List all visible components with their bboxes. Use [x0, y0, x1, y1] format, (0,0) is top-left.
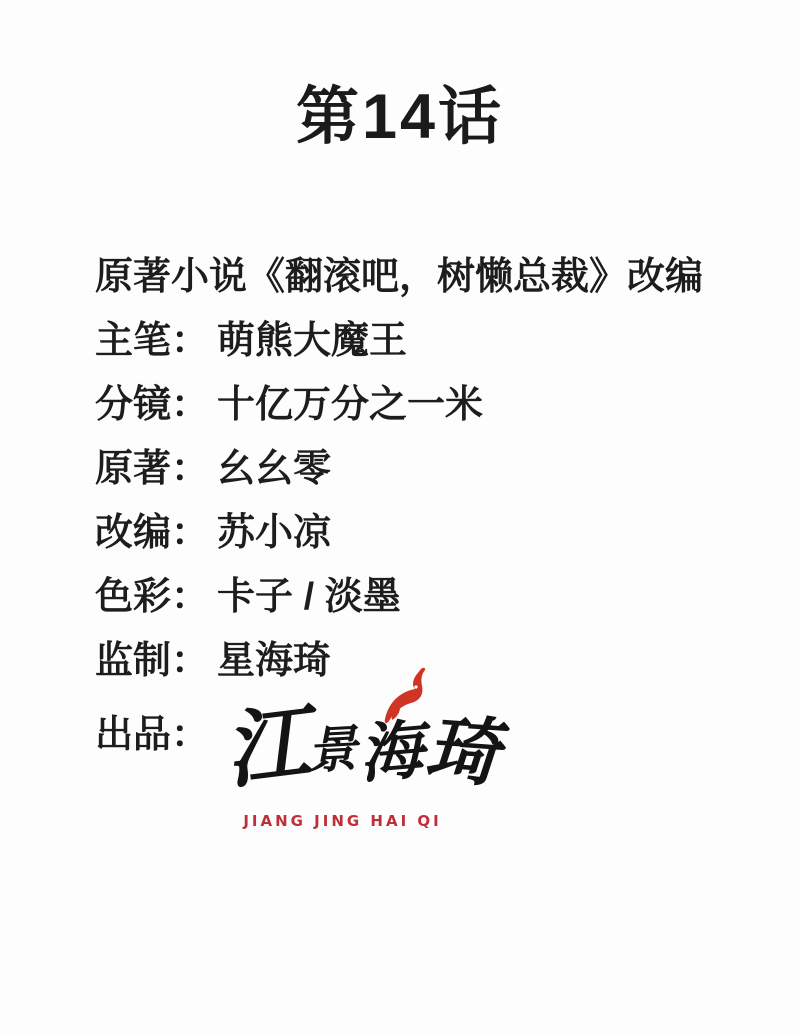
studio-logo-hanzi: 江 景 海 琦 — [225, 705, 475, 789]
credit-row-lead-artist: 主笔：萌熊大魔王 — [95, 309, 760, 373]
credit-row-original-author: 原著：幺幺零 — [95, 437, 760, 501]
credit-name: 卡子 / 淡墨 — [217, 576, 401, 618]
credit-role: 主笔 — [95, 320, 171, 362]
logo-char: 琦 — [423, 713, 502, 792]
credit-role: 监制 — [95, 640, 171, 682]
credit-colon: ： — [171, 320, 209, 362]
credit-row-storyboard: 分镜：十亿万分之一米 — [95, 373, 760, 437]
credit-colon: ： — [171, 384, 209, 426]
producer-row: 出品： 江 景 海 琦 JIANG JING HAI QI — [95, 695, 760, 853]
credit-name: 星海琦 — [217, 640, 331, 682]
credit-row-color: 色彩：卡子 / 淡墨 — [95, 565, 760, 629]
credit-name: 十亿万分之一米 — [217, 384, 483, 426]
credit-role: 原著 — [95, 448, 171, 490]
studio-logo-latin: JIANG JING HAI QI — [225, 789, 460, 853]
credit-role: 色彩 — [95, 576, 171, 618]
credit-name: 幺幺零 — [217, 448, 331, 490]
credit-colon: ： — [171, 640, 209, 682]
credit-name: 苏小凉 — [217, 512, 331, 554]
credit-name: 萌熊大魔王 — [217, 320, 407, 362]
credit-row-adaptation-writer: 改编：苏小凉 — [95, 501, 760, 565]
adaptation-line: 原著小说《翻滚吧，树懒总裁》改编 — [95, 245, 760, 309]
logo-char: 海 — [356, 718, 425, 787]
logo-char: 景 — [306, 724, 359, 777]
credit-role: 改编 — [95, 512, 171, 554]
logo-char: 江 — [220, 700, 314, 794]
studio-logo: 江 景 海 琦 JIANG JING HAI QI — [225, 695, 475, 853]
producer-role: 出品： — [95, 695, 211, 759]
credit-role: 分镜 — [95, 384, 171, 426]
credit-colon: ： — [171, 448, 209, 490]
credit-colon: ： — [171, 512, 209, 554]
credit-colon: ： — [171, 576, 209, 618]
credit-colon: ： — [171, 714, 209, 756]
credits-page: 第14话 原著小说《翻滚吧，树懒总裁》改编 主笔：萌熊大魔王 分镜：十亿万分之一… — [0, 0, 800, 1035]
credits-block: 原著小说《翻滚吧，树懒总裁》改编 主笔：萌熊大魔王 分镜：十亿万分之一米 原著：… — [95, 245, 760, 853]
episode-title: 第14话 — [0, 0, 800, 157]
